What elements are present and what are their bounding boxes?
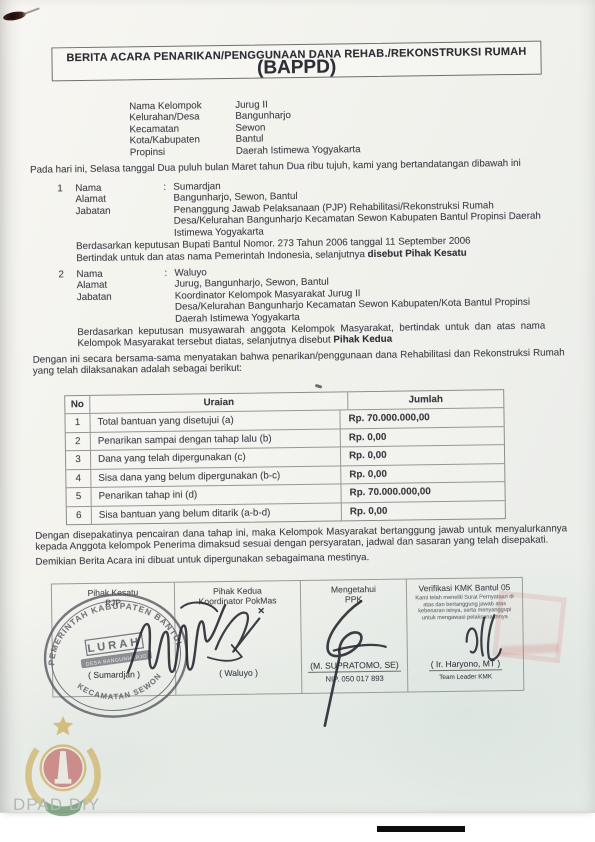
party-designation: Pihak Kedua — [333, 334, 392, 346]
cell-no: 3 — [66, 451, 91, 469]
party-field-label: Jabatan — [76, 205, 164, 240]
cell-no: 1 — [65, 414, 90, 432]
cell-uraian: Sisa dana yang belum dipergunakan (b-c) — [91, 466, 340, 487]
paper-sheet: BERITA ACARA PENARIKAN/PENGGUNAAN DANA R… — [0, 0, 595, 813]
party-designation: disebut Pihak Kesatu — [368, 248, 467, 260]
cell-jumlah: Rp. 0,00 — [340, 464, 504, 484]
party-field-value: Koordinator Kelompok Masyarakat Jurug II… — [175, 285, 547, 324]
party-1-block: 1 Nama : Sumardjan Alamat Bangunharjo, S… — [57, 176, 558, 265]
closing-paragraphs: Dengan disepakatinya pencairan dana taha… — [35, 523, 567, 568]
closing-paragraph-1: Dengan disepakatinya pencairan dana taha… — [35, 523, 567, 553]
signature-waluyo-ink — [201, 600, 284, 667]
black-scan-bar — [377, 826, 465, 832]
scanned-document: BERITA ACARA PENARIKAN/PENGGUNAAN DANA R… — [0, 0, 595, 842]
party-field-value: Penanggung Jawab Pelaksanaan (PJP) Rehab… — [174, 199, 546, 238]
cell-no: 2 — [66, 432, 91, 450]
signer-title: Team Leader KMK — [408, 672, 523, 684]
party-field-row: Jabatan Koordinator Kelompok Masyarakat … — [59, 285, 559, 326]
info-value: Daerah Istimewa Yogyakarta — [236, 142, 496, 157]
cell-uraian: Dana yang telah dipergunakan (c) — [91, 447, 340, 468]
header-no: No — [65, 396, 90, 413]
cell-no: 5 — [66, 488, 91, 506]
colon: : — [164, 268, 174, 280]
scan-artifact — [315, 384, 323, 389]
party-field-label: Jabatan — [77, 291, 165, 326]
colon: : — [163, 182, 173, 194]
cell-uraian: Penarikan sampai dengan tahap lalu (b) — [91, 429, 340, 450]
party-number: 2 — [58, 269, 76, 281]
party-field-row: Jabatan Penanggung Jawab Pelaksanaan (PJ… — [58, 199, 558, 240]
document-content: BERITA ACARA PENARIKAN/PENGGUNAAN DANA R… — [0, 0, 595, 816]
cell-no: 4 — [66, 469, 91, 487]
signature-haryono-ink — [458, 611, 511, 664]
cell-jumlah: Rp. 0,00 — [341, 501, 505, 521]
fund-table: No Uraian Jumlah 1 Total bantuan yang di… — [64, 389, 506, 525]
header-jumlah: Jumlah — [347, 390, 503, 409]
document-title-box: BERITA ACARA PENARIKAN/PENGGUNAAN DANA R… — [51, 41, 541, 82]
group-info-block: Nama Kelompok Jurug II Kelurahan/Desa Ba… — [129, 96, 496, 158]
cell-uraian: Sisa bantuan yang belum ditarik (a-b-d) — [92, 503, 341, 524]
archive-watermark: DPAD DIY — [13, 795, 100, 815]
party-2-block: 2 Nama : Waluyo Alamat Jurug, Bangunharj… — [58, 262, 559, 350]
signature-supratomo-ink — [303, 595, 395, 730]
statement-paragraph: Dengan ini secara bersama-sama menyataka… — [33, 347, 565, 377]
info-label: Propinsi — [130, 145, 236, 158]
intro-paragraph: Pada hari ini, Selasa tanggal Dua puluh … — [30, 157, 562, 176]
party-number: 1 — [57, 183, 75, 195]
cell-uraian: Penarikan tahap ini (d) — [91, 484, 340, 505]
cell-uraian: Total bantuan yang disetujui (a) — [90, 410, 339, 431]
cell-jumlah: Rp. 70.000.000,00 — [339, 408, 503, 428]
cell-jumlah: Rp. 70.000.000,00 — [340, 482, 504, 502]
cell-jumlah: Rp. 0,00 — [340, 445, 504, 465]
header-uraian: Uraian — [90, 392, 347, 413]
cell-jumlah: Rp. 0,00 — [340, 427, 504, 447]
cell-no: 6 — [67, 506, 92, 524]
